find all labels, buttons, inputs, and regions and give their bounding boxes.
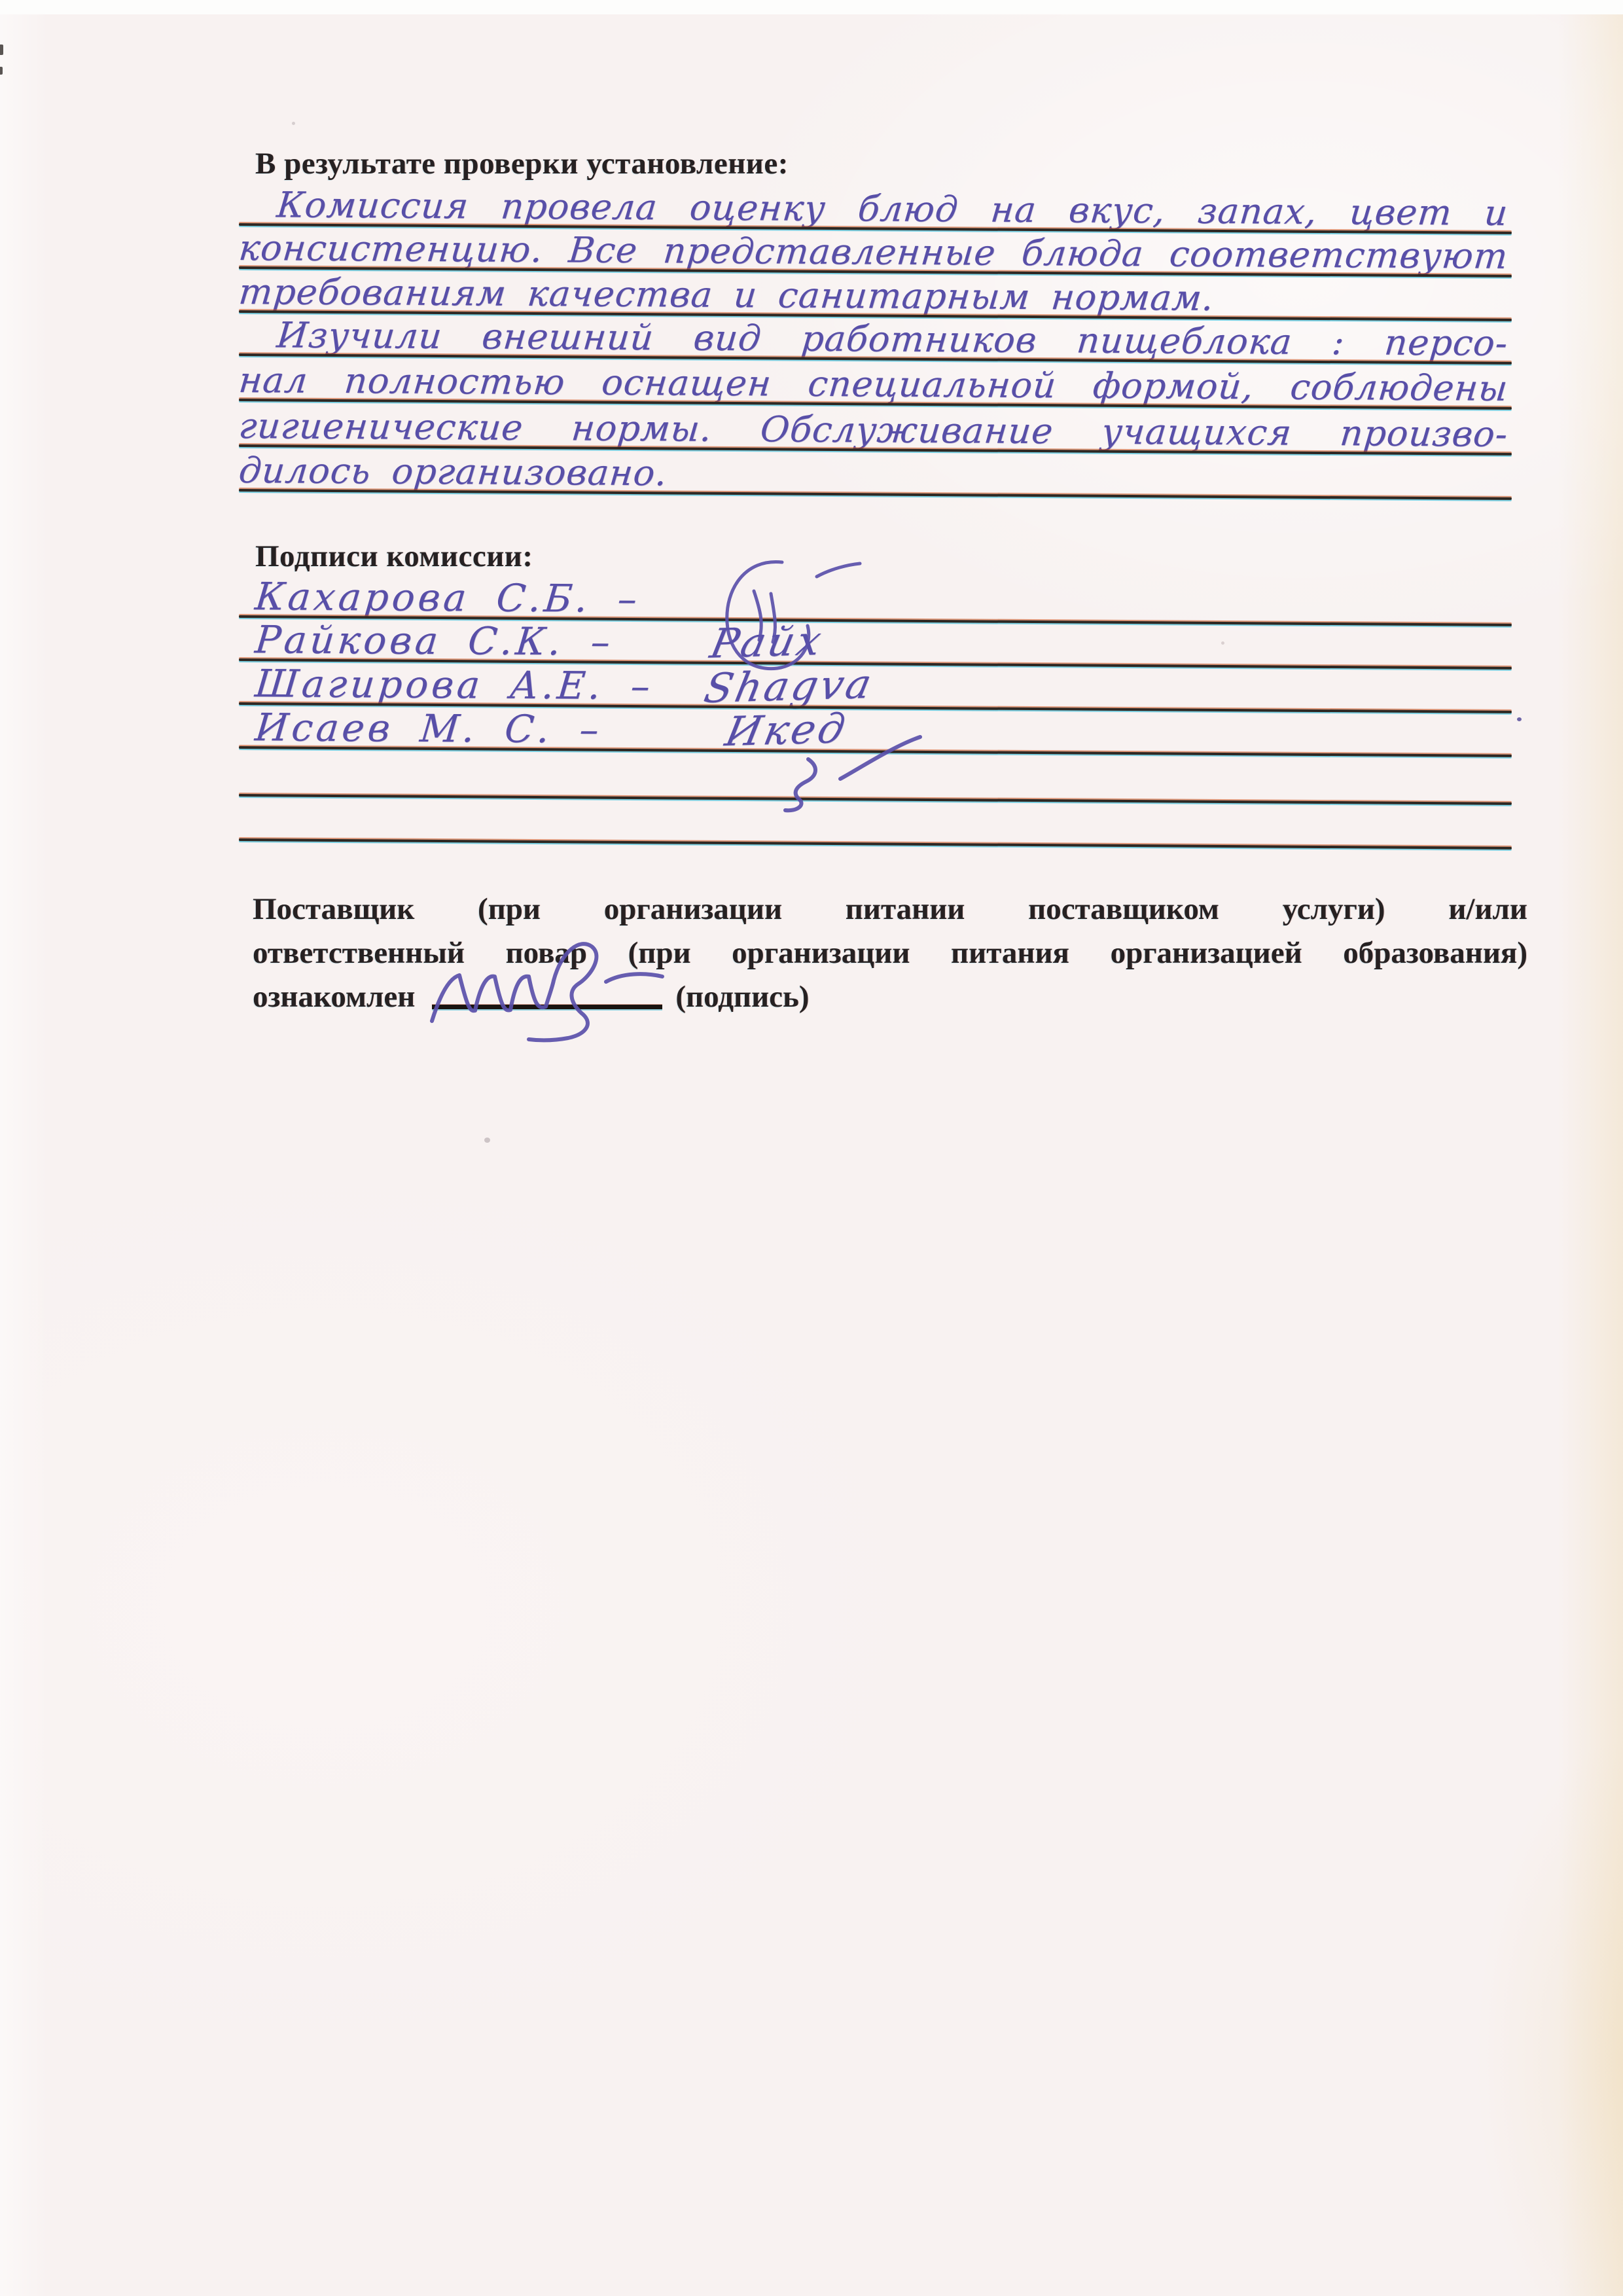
paper-speck bbox=[292, 122, 295, 125]
findings-line: Изучили внешний вид работников пищеблока… bbox=[239, 313, 1512, 362]
scan-shading bbox=[1427, 1707, 1623, 2296]
signature-caption: (подпись) bbox=[675, 980, 809, 1014]
ink-speck bbox=[1517, 717, 1522, 721]
committee-member-name: Райкова С.К. – bbox=[253, 619, 615, 662]
findings-line: дилось организовано. bbox=[239, 448, 1512, 497]
footer-line: Поставщик (при организации питании поста… bbox=[253, 888, 1527, 931]
findings-line: гигиенические нормы. Обслуживание учащих… bbox=[239, 404, 1512, 453]
scanner-edge-strip bbox=[0, 0, 1623, 14]
acknowledged-label: ознакомлен bbox=[253, 980, 415, 1014]
signature-row: Кахарова С.Б. – bbox=[239, 575, 1512, 624]
committee-member-name: Исаев М. С. – bbox=[253, 707, 604, 749]
scanned-document-page: В результате проверки установление: Коми… bbox=[0, 0, 1623, 2296]
findings-heading: В результате проверки установление: bbox=[255, 147, 789, 181]
isaev-signature-flourish bbox=[772, 707, 942, 825]
signatures-heading: Подписи комиссии: bbox=[255, 539, 533, 573]
page-edge-mark bbox=[0, 67, 3, 75]
cook-signature bbox=[416, 928, 691, 1066]
findings-line: требованиям качества и санитарным нормам… bbox=[239, 270, 1512, 319]
page-edge-mark bbox=[0, 45, 3, 55]
findings-line: консистенцию. Все представленные блюда с… bbox=[239, 226, 1512, 275]
signature-row: Шагирова А.Е. – Shagva bbox=[239, 662, 1512, 711]
committee-member-name: Шагирова А.Е. – bbox=[253, 663, 655, 706]
committee-member-name: Кахарова С.Б. – bbox=[253, 576, 642, 619]
kaharova-signature-icon bbox=[713, 553, 870, 677]
ruled-line bbox=[239, 838, 1512, 850]
paper-speck bbox=[484, 1138, 490, 1143]
findings-line: Комиссия провела оценку блюд на вкус, за… bbox=[239, 183, 1512, 232]
findings-line: нал полностью оснащен специальной формой… bbox=[239, 358, 1512, 407]
